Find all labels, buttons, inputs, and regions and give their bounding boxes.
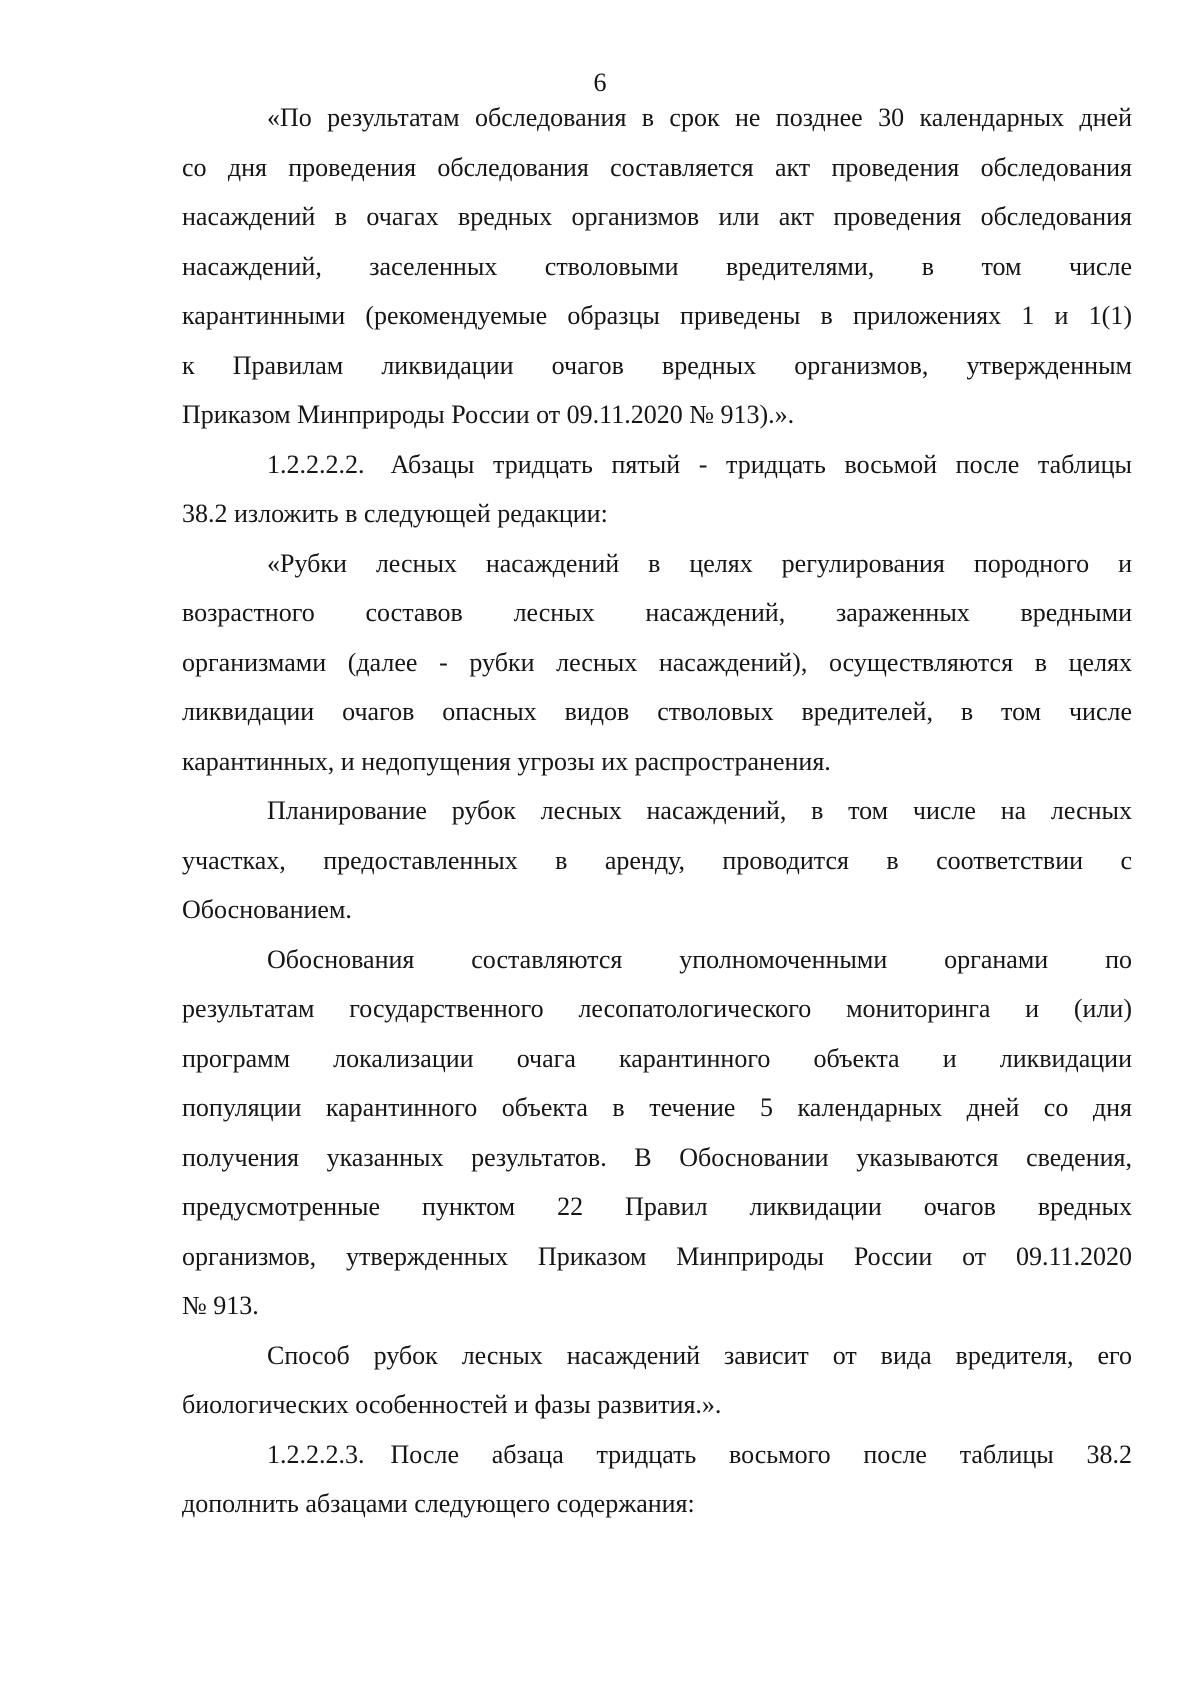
text-line: Обоснованием.: [182, 885, 1132, 935]
text-line: «Рубки лесных насаждений в целях регулир…: [182, 539, 1132, 589]
text-line: ликвидации очагов опасных видов стволовы…: [182, 687, 1132, 737]
text-line: к Правилам ликвидации очагов вредных орг…: [182, 341, 1132, 391]
text-line: карантинными (рекомендуемые образцы прив…: [182, 291, 1132, 341]
text-line: популяции карантинного объекта в течение…: [182, 1083, 1132, 1133]
paragraph: Планирование рубок лесных насаждений, в …: [182, 786, 1132, 935]
text-line: Способ рубок лесных насаждений зависит о…: [182, 1331, 1132, 1381]
text-line: получения указанных результатов. В Обосн…: [182, 1133, 1132, 1183]
text-line: дополнить абзацами следующего содержания…: [182, 1479, 1132, 1529]
text-line: 1.2.2.2.3. После абзаца тридцать восьмог…: [182, 1430, 1132, 1480]
text-line: участках, предоставленных в аренду, пров…: [182, 836, 1132, 886]
paragraph: 1.2.2.2.2. Абзацы тридцать пятый - тридц…: [182, 440, 1132, 539]
paragraph: Обоснования составляются уполномоченными…: [182, 935, 1132, 1331]
text-line: со дня проведения обследования составляе…: [182, 143, 1132, 193]
text-line: карантинных, и недопущения угрозы их рас…: [182, 737, 1132, 787]
text-line: программ локализации очага карантинного …: [182, 1034, 1132, 1084]
text-line: насаждений в очагах вредных организмов и…: [182, 192, 1132, 242]
text-line: Обоснования составляются уполномоченными…: [182, 935, 1132, 985]
document-body: «По результатам обследования в срок не п…: [182, 93, 1132, 1529]
text-line: Планирование рубок лесных насаждений, в …: [182, 786, 1132, 836]
text-line: 38.2 изложить в следующей редакции:: [182, 489, 1132, 539]
text-line: результатам государственного лесопатолог…: [182, 984, 1132, 1034]
text-line: № 913.: [182, 1281, 1132, 1331]
text-line: 1.2.2.2.2. Абзацы тридцать пятый - тридц…: [182, 440, 1132, 490]
paragraph: «Рубки лесных насаждений в целях регулир…: [182, 539, 1132, 787]
text-line: биологических особенностей и фазы развит…: [182, 1380, 1132, 1430]
paragraph: «По результатам обследования в срок не п…: [182, 93, 1132, 440]
text-line: возрастного составов лесных насаждений, …: [182, 588, 1132, 638]
paragraph: Способ рубок лесных насаждений зависит о…: [182, 1331, 1132, 1430]
text-line: организмов, утвержденных Приказом Минпри…: [182, 1232, 1132, 1282]
document-page: 6 «По результатам обследования в срок не…: [0, 0, 1200, 1703]
text-line: насаждений, заселенных стволовыми вредит…: [182, 242, 1132, 292]
text-line: «По результатам обследования в срок не п…: [182, 93, 1132, 143]
paragraph: 1.2.2.2.3. После абзаца тридцать восьмог…: [182, 1430, 1132, 1529]
text-line: Приказом Минприроды России от 09.11.2020…: [182, 390, 1132, 440]
text-line: организмами (далее - рубки лесных насажд…: [182, 638, 1132, 688]
text-line: предусмотренные пунктом 22 Правил ликвид…: [182, 1182, 1132, 1232]
